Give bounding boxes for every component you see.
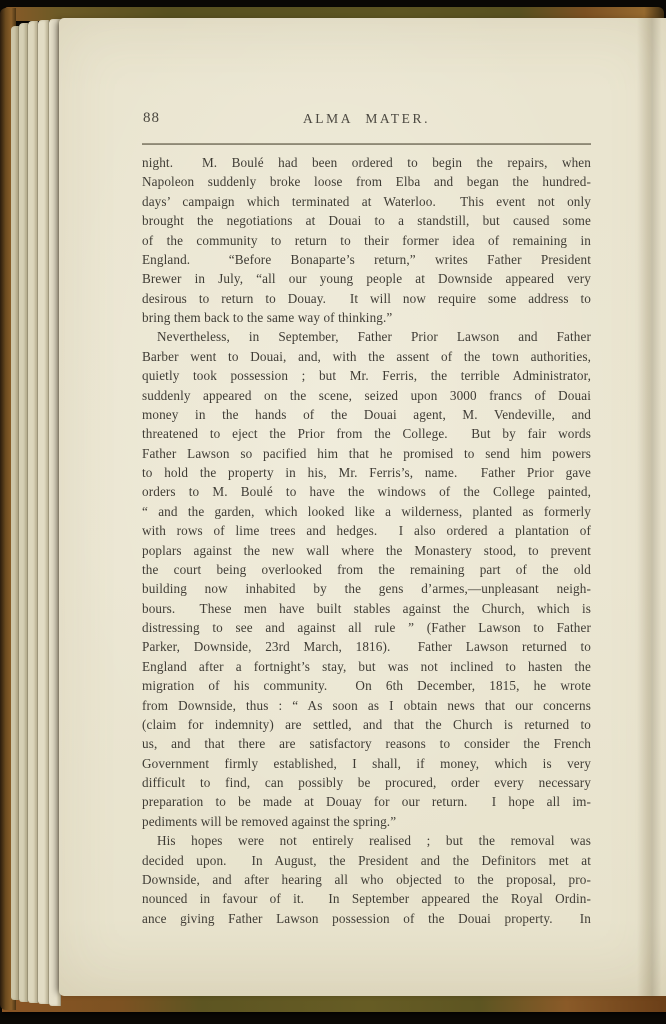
text-line: brought the negotiations at Douai to a s… xyxy=(142,213,591,232)
text-line: of the community to return to their form… xyxy=(142,233,591,252)
page-header: 88 ALMA MATER. xyxy=(142,108,591,130)
text-line: night. M. Boulé had been ordered to begi… xyxy=(142,155,591,174)
text-line: ance giving Father Lawson possession of … xyxy=(142,911,591,930)
gutter-shadow xyxy=(637,18,666,996)
text-line: Downside, and after hearing all who obje… xyxy=(142,872,591,891)
text-line: Government firmly established, I shall, … xyxy=(142,756,591,775)
text-line: His hopes were not entirely realised ; b… xyxy=(142,833,591,852)
text-line: pediments will be removed against the sp… xyxy=(142,814,591,833)
text-line: the court being overlooked from the rema… xyxy=(142,562,591,581)
text-line: Napoleon suddenly broke loose from Elba … xyxy=(142,174,591,193)
text-line: money in the hands of the Douai agent, M… xyxy=(142,407,591,426)
text-line: “ and the garden, which looked like a wi… xyxy=(142,504,591,523)
text-line: quietly took possession ; but Mr. Ferris… xyxy=(142,368,591,387)
page-text: night. M. Boulé had been ordered to begi… xyxy=(142,155,591,930)
text-line: nounced in favour of it. In September ap… xyxy=(142,891,591,910)
text-line: desirous to return to Douay. It will now… xyxy=(142,291,591,310)
page-edge xyxy=(19,23,28,1002)
text-line: England. “Before Bonaparte’s return,” wr… xyxy=(142,252,591,271)
text-line: Parker, Downside, 23rd March, 1816). Fat… xyxy=(142,639,591,658)
page-edge xyxy=(28,21,38,1003)
text-line: preparation to be made at Douay for our … xyxy=(142,794,591,813)
text-line: (claim for indemnity) are settled, and t… xyxy=(142,717,591,736)
text-line: building now inhabited by the gens d’arm… xyxy=(142,581,591,600)
text-line: Brewer in July, “all our young people at… xyxy=(142,271,591,290)
text-line: us, and that there are satisfactory reas… xyxy=(142,736,591,755)
text-line: Father Lawson so pacified him that he pr… xyxy=(142,446,591,465)
text-line: from Downside, thus : “ As soon as I obt… xyxy=(142,698,591,717)
printed-content: 88 ALMA MATER. night. M. Boulé had been … xyxy=(142,108,591,930)
text-line: bours. These men have built stables agai… xyxy=(142,601,591,620)
running-title: ALMA MATER. xyxy=(142,108,591,127)
header-rule xyxy=(142,143,591,145)
text-line: to hold the property in his, Mr. Ferris’… xyxy=(142,465,591,484)
text-line: Barber went to Douai, and, with the asse… xyxy=(142,349,591,368)
text-line: orders to M. Boulé to have the windows o… xyxy=(142,484,591,503)
text-line: threatened to eject the Prior from the C… xyxy=(142,426,591,445)
page-edge xyxy=(11,26,19,1000)
text-line: England after a fortnight’s stay, but wa… xyxy=(142,659,591,678)
text-line: poplars against the new wall where the M… xyxy=(142,543,591,562)
page-edge xyxy=(38,20,49,1004)
text-line: decided upon. In August, the President a… xyxy=(142,853,591,872)
text-line: distressing to see and against all rule … xyxy=(142,620,591,639)
text-line: migration of his community. On 6th Decem… xyxy=(142,678,591,697)
text-line: days’ campaign which terminated at Water… xyxy=(142,194,591,213)
text-line: suddenly appeared on the scene, seized u… xyxy=(142,388,591,407)
book-photo: 88 ALMA MATER. night. M. Boulé had been … xyxy=(0,0,666,1024)
page-number: 88 xyxy=(143,110,160,127)
text-line: difficult to find, can possibly be procu… xyxy=(142,775,591,794)
text-line: bring them back to the same way of think… xyxy=(142,310,591,329)
text-line: with rows of lime trees and hedges. I al… xyxy=(142,523,591,542)
text-line: Nevertheless, in September, Father Prior… xyxy=(142,329,591,348)
